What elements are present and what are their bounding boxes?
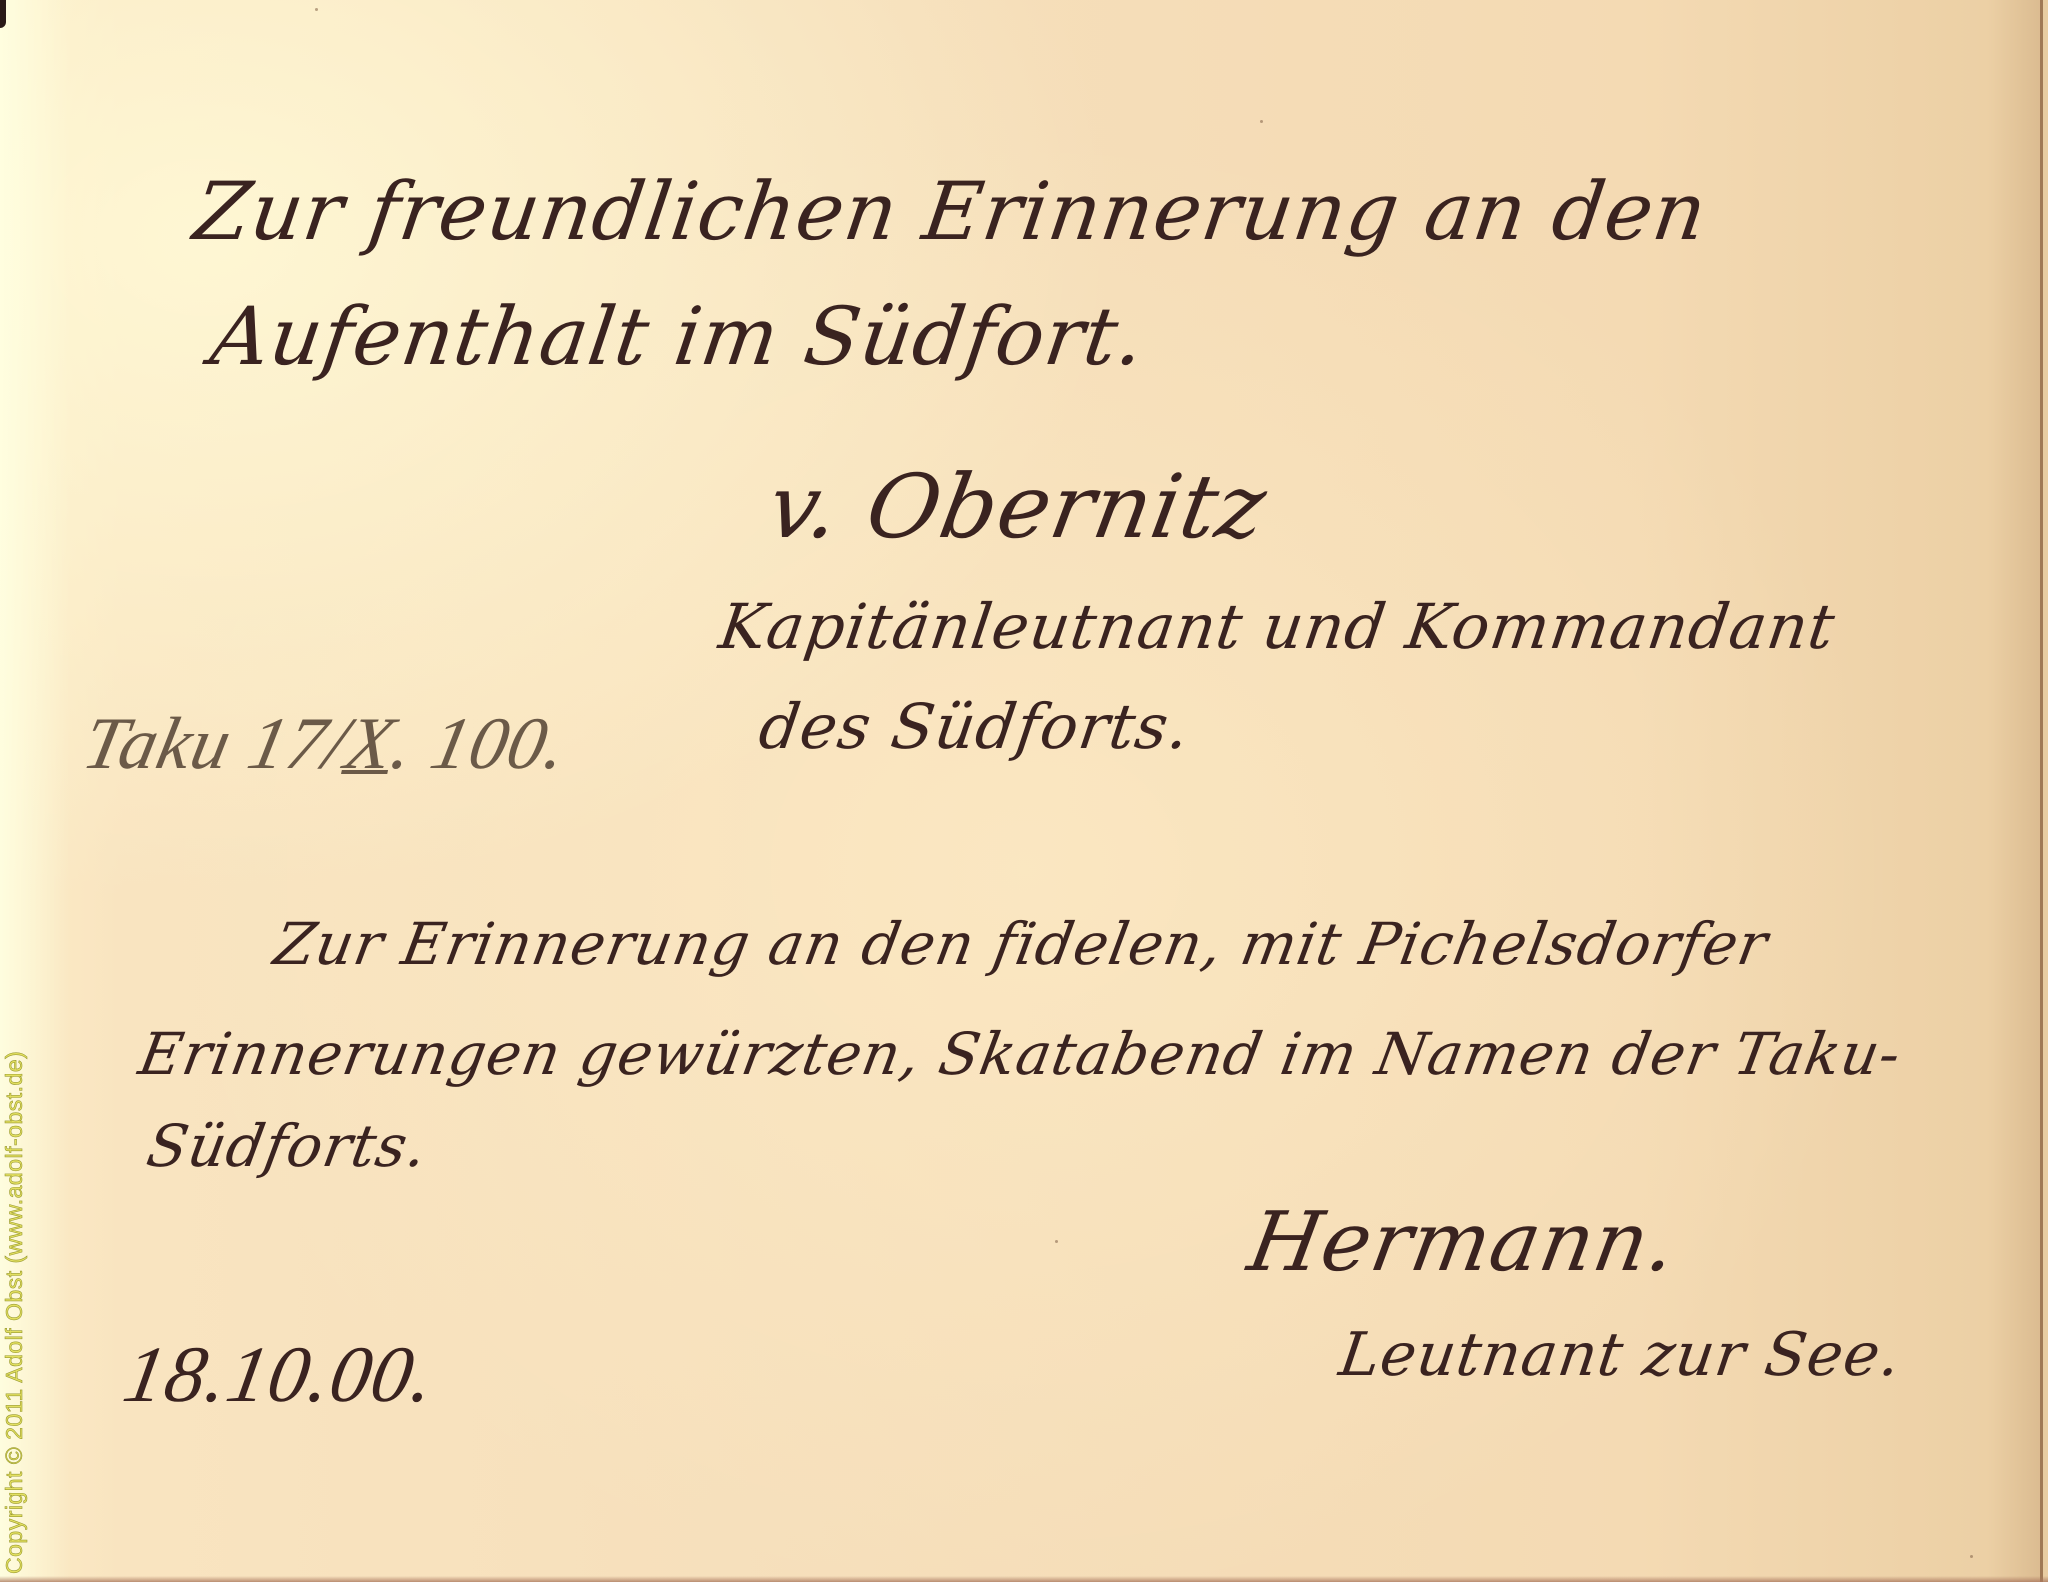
next-page-edge bbox=[2043, 0, 2048, 1582]
paper-speck bbox=[1260, 120, 1263, 123]
entry2-line2: Erinnerungen gewürzten, Skatabend im Nam… bbox=[134, 1020, 1907, 1088]
entry1-line2: Aufenthalt im Südfort. bbox=[205, 290, 1150, 383]
entry2-signature: Hermann. bbox=[1242, 1195, 1684, 1290]
paper-speck bbox=[1970, 1555, 1973, 1558]
entry1-signature: v. Obernitz bbox=[761, 455, 1275, 558]
entry1-line1: Zur freundlichen Erinnerung an den bbox=[188, 165, 1712, 258]
bottom-edge bbox=[0, 1576, 2048, 1582]
copyright-watermark: Copyright © 2011 Adolf Obst (www.adolf-o… bbox=[1, 1051, 28, 1574]
entry1-date: Taku 17/X. 100. bbox=[76, 702, 575, 787]
album-page: Zur freundlichen Erinnerung an den Aufen… bbox=[0, 0, 2048, 1582]
entry2-line1: Zur Erinnerung an den fidelen, mit Piche… bbox=[269, 910, 1773, 978]
entry1-rank-line2: des Südforts. bbox=[755, 690, 1195, 763]
entry2-rank: Leutnant zur See. bbox=[1335, 1320, 1905, 1390]
paper-speck bbox=[315, 8, 318, 11]
date-year: 100 bbox=[424, 703, 555, 785]
entry2-date: 18.10.00. bbox=[117, 1330, 442, 1421]
date-place: Taku bbox=[76, 703, 239, 785]
paper-speck bbox=[1055, 1240, 1058, 1243]
binding-corner bbox=[0, 0, 6, 28]
entry1-rank-line1: Kapitänleutnant und Kommandant bbox=[715, 590, 1840, 663]
entry2-line3: Südforts. bbox=[142, 1112, 433, 1180]
